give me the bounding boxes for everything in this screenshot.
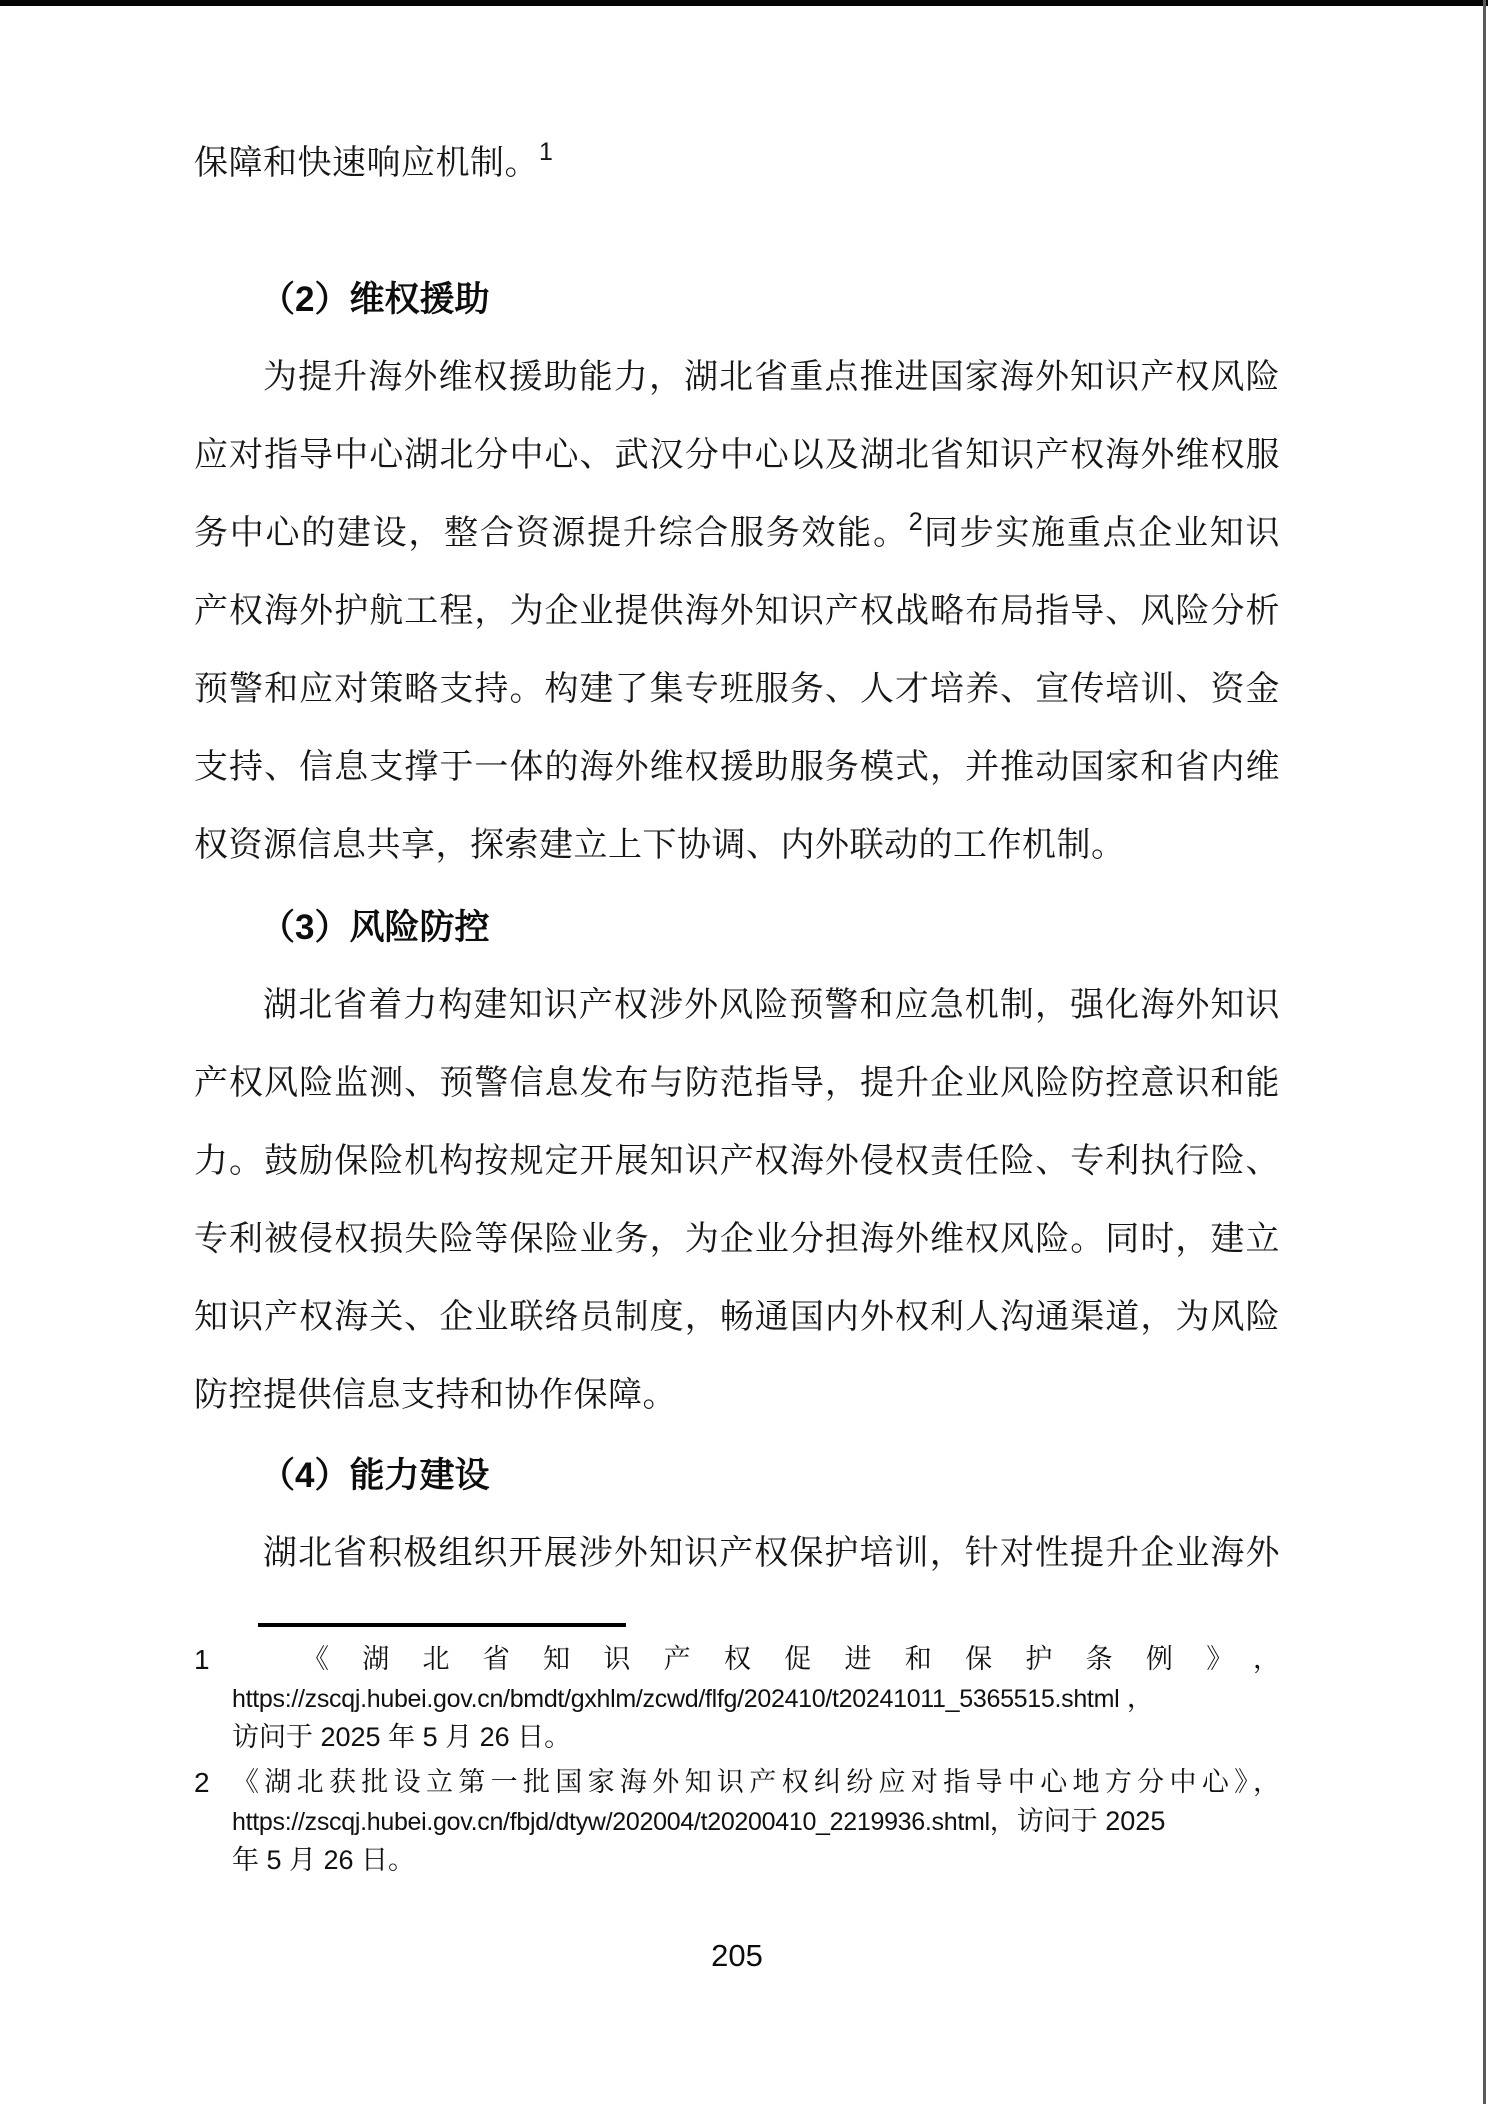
paragraph-line: 产权海外护航工程，为企业提供海外知识产权战略布局指导、风险分析 bbox=[194, 573, 1280, 651]
footnote-marker: 2 bbox=[194, 1763, 232, 1802]
paragraph-line: 专利被侵权损失险等保险业务，为企业分担海外维权风险。同时，建立 bbox=[194, 1201, 1280, 1279]
footnote-separator bbox=[258, 1623, 626, 1627]
paragraph-line: 为提升海外维权援助能力，湖北省重点推进国家海外知识产权风险 bbox=[194, 339, 1280, 417]
paragraph-line: 湖北省着力构建知识产权涉外风险预警和应急机制，强化海外知识 bbox=[194, 967, 1280, 1045]
carryover-line: 保障和快速响应机制。1 bbox=[194, 125, 1280, 203]
carryover-text: 保障和快速响应机制。 bbox=[194, 145, 539, 182]
paragraph-line: 预警和应对策略支持。构建了集专班服务、人才培养、宣传培训、资金 bbox=[194, 651, 1280, 729]
footnote-title: 《湖北获批设立第一批国家海外知识产权纠纷应对指导中心地方分中心》， bbox=[232, 1763, 1280, 1802]
footnote-url: https://zscqj.hubei.gov.cn/bmdt/gxhlm/zc… bbox=[232, 1685, 1119, 1713]
footnote-2-title-row: 2 《湖北获批设立第一批国家海外知识产权纠纷应对指导中心地方分中心》， bbox=[194, 1763, 1280, 1802]
footnote-title: 《湖北省知识产权促进和保护条例》， bbox=[302, 1640, 1280, 1679]
page-number: 205 bbox=[194, 1936, 1280, 1976]
paragraph-line: 支持、信息支撑于一体的海外维权援助服务模式，并推动国家和省内维 bbox=[194, 729, 1280, 807]
paragraph-line: 力。鼓励保险机构按规定开展知识产权海外侵权责任险、专利执行险、 bbox=[194, 1123, 1280, 1201]
footnote-url-comma: ， bbox=[1119, 1683, 1154, 1713]
page-top-border bbox=[0, 0, 1488, 6]
footnote-url-line: https://zscqj.hubei.gov.cn/fbjd/dtyw/202… bbox=[232, 1802, 1280, 1841]
footnote-url-line: https://zscqj.hubei.gov.cn/bmdt/gxhlm/zc… bbox=[232, 1679, 1280, 1718]
footnote-access-date: 年 5 月 26 日。 bbox=[232, 1841, 1280, 1880]
footnote-access-date: ，访问于 2025 bbox=[990, 1806, 1166, 1836]
section-heading-2: （2）维权援助 bbox=[194, 261, 1280, 339]
footnote-ref-2: 2 bbox=[909, 508, 923, 536]
section-heading-3: （3）风险防控 bbox=[194, 889, 1280, 967]
footnote-marker: 1 bbox=[194, 1640, 232, 1679]
footnote-ref-1: 1 bbox=[539, 138, 553, 166]
paragraph-line: 知识产权海关、企业联络员制度，畅通国内外权利人沟通渠道，为风险 bbox=[194, 1279, 1280, 1357]
footnote-2: 2 《湖北获批设立第一批国家海外知识产权纠纷应对指导中心地方分中心》， http… bbox=[194, 1763, 1280, 1880]
footnote-1-body: https://zscqj.hubei.gov.cn/bmdt/gxhlm/zc… bbox=[194, 1679, 1280, 1757]
paragraph-text: 同步实施重点企业知识 bbox=[923, 515, 1280, 552]
paragraph-line: 产权风险监测、预警信息发布与防范指导，提升企业风险防控意识和能 bbox=[194, 1045, 1280, 1123]
footnotes-area: 1 《湖北省知识产权促进和保护条例》， https://zscqj.hubei.… bbox=[194, 1640, 1280, 1880]
paragraph-line: 权资源信息共享，探索建立上下协调、内外联动的工作机制。 bbox=[194, 807, 1280, 885]
section-heading-4: （4）能力建设 bbox=[194, 1437, 1280, 1515]
footnote-url: https://zscqj.hubei.gov.cn/fbjd/dtyw/202… bbox=[232, 1808, 990, 1836]
document-page: 保障和快速响应机制。1 （2）维权援助 为提升海外维权援助能力，湖北省重点推进国… bbox=[0, 0, 1488, 2104]
body-text: 保障和快速响应机制。1 （2）维权援助 为提升海外维权援助能力，湖北省重点推进国… bbox=[194, 125, 1280, 1976]
footnote-1: 1 《湖北省知识产权促进和保护条例》， https://zscqj.hubei.… bbox=[194, 1640, 1280, 1757]
footnote-2-body: https://zscqj.hubei.gov.cn/fbjd/dtyw/202… bbox=[194, 1802, 1280, 1880]
footnote-access-date: 访问于 2025 年 5 月 26 日。 bbox=[232, 1718, 1280, 1757]
paragraph-line: 应对指导中心湖北分中心、武汉分中心以及湖北省知识产权海外维权服 bbox=[194, 417, 1280, 495]
paragraph-line: 防控提供信息支持和协作保障。 bbox=[194, 1357, 1280, 1435]
paragraph-line: 湖北省积极组织开展涉外知识产权保护培训，针对性提升企业海外 bbox=[194, 1515, 1280, 1593]
paragraph-line: 务中心的建设，整合资源提升综合服务效能。2同步实施重点企业知识 bbox=[194, 495, 1280, 573]
footnote-1-title-row: 1 《湖北省知识产权促进和保护条例》， bbox=[194, 1640, 1280, 1679]
page-right-border bbox=[1483, 0, 1486, 2104]
paragraph-text: 务中心的建设，整合资源提升综合服务效能。 bbox=[194, 515, 909, 552]
